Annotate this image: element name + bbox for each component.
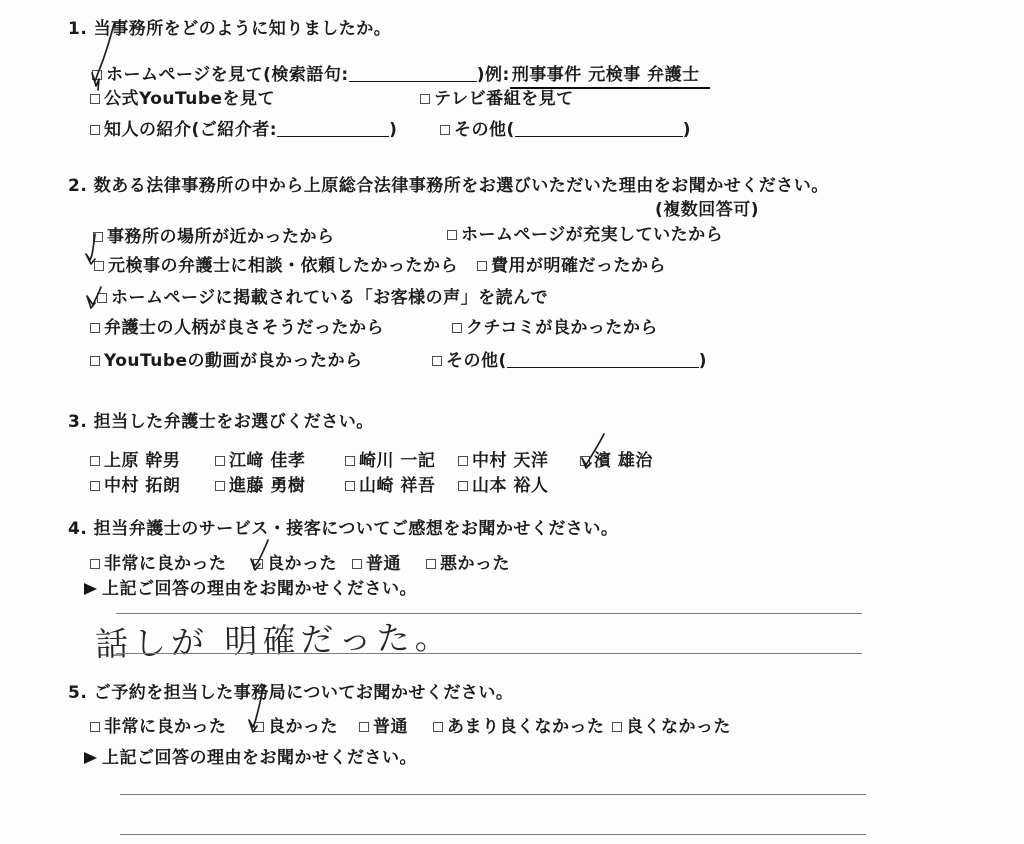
- example-keywords: 刑事事件 元検事 弁護士: [510, 65, 710, 89]
- checkbox-q4-bad[interactable]: [426, 559, 436, 569]
- lawyer-name: 中村 天洋: [472, 451, 548, 471]
- q5-reason-prompt: 上記ご回答の理由をお聞かせください。: [84, 749, 417, 768]
- checkbox-lawyer-shindo[interactable]: [215, 481, 225, 491]
- checkbox-tv-program[interactable]: [420, 94, 430, 104]
- q1-other-blank[interactable]: [515, 123, 683, 137]
- checkbox-q4-average[interactable]: [352, 559, 362, 569]
- checkbox-lawyer-yamamoto[interactable]: [458, 481, 468, 491]
- checkbox-q5-not-so-good[interactable]: [433, 722, 443, 732]
- q1-option-youtube: 公式YouTubeを見て: [90, 90, 275, 109]
- q1-tv-label: テレビ番組を見て: [434, 89, 574, 109]
- q2-option-youtube-videos: YouTubeの動画が良かったから: [90, 352, 363, 371]
- checkbox-homepage-rich[interactable]: [447, 230, 457, 240]
- q1-option-tv: テレビ番組を見て: [420, 90, 574, 109]
- q3-lawyer-sakigawa: 崎川 一記: [345, 452, 435, 471]
- option-label: 普通: [373, 717, 408, 737]
- lawyer-name: 進藤 勇樹: [229, 476, 305, 496]
- checkbox-q5-good[interactable]: [254, 722, 264, 732]
- survey-form: 1. 当事務所をどのように知りましたか。 ホームページを見て(検索語句:)例:刑…: [0, 0, 1024, 844]
- q2-location-label: 事務所の場所が近かったから: [107, 227, 335, 247]
- lawyer-name: 江﨑 佳孝: [229, 451, 305, 471]
- q2-personality-label: 弁護士の人柄が良さそうだったから: [104, 318, 384, 338]
- checkbox-lawyer-sakigawa[interactable]: [345, 456, 355, 466]
- q2-option-homepage-rich: ホームページが充実していたから: [447, 226, 723, 245]
- search-term-blank[interactable]: [349, 68, 477, 82]
- option-label: あまり良くなかった: [447, 717, 605, 737]
- checkbox-referral[interactable]: [90, 125, 100, 135]
- q4-option-excellent: 非常に良かった: [90, 555, 227, 574]
- q2-option-ex-prosecutor: 元検事の弁護士に相談・依頼したかったから: [94, 257, 458, 276]
- q4-option-good: 良かった: [253, 555, 337, 574]
- checkbox-q2-other[interactable]: [432, 356, 442, 366]
- q2-reviews-label: クチコミが良かったから: [466, 318, 658, 338]
- handwritten-answer: 話しが 明確だった。: [95, 611, 453, 665]
- q3-title: 3. 担当した弁護士をお選びください。: [68, 413, 374, 432]
- q1-other-label: その他(: [454, 120, 515, 140]
- checkbox-personality[interactable]: [90, 323, 100, 333]
- checkbox-official-youtube[interactable]: [90, 94, 100, 104]
- q1-homepage-label: ホームページを見て(検索語句:: [106, 65, 349, 85]
- checkbox-youtube-videos[interactable]: [90, 356, 100, 366]
- q3-lawyer-nakamura-ta: 中村 拓朗: [90, 477, 180, 496]
- option-label: 悪かった: [440, 554, 510, 574]
- referrer-name-blank[interactable]: [277, 123, 389, 137]
- q2-clear-fees-label: 費用が明確だったから: [491, 256, 666, 276]
- q5-option-excellent: 非常に良かった: [90, 718, 227, 737]
- q1-homepage-close: )例:: [477, 65, 510, 85]
- q4-reason-prompt: 上記ご回答の理由をお聞かせください。: [84, 580, 417, 599]
- q4-option-bad: 悪かった: [426, 555, 510, 574]
- arrow-icon: [84, 752, 97, 764]
- lawyer-name: 中村 拓朗: [104, 476, 180, 496]
- q1-title: 1. 当事務所をどのように知りましたか。: [68, 20, 391, 39]
- checkbox-clear-fees[interactable]: [477, 261, 487, 271]
- checkbox-homepage[interactable]: [92, 70, 102, 80]
- q2-option-client-voices: ホームページに掲載されている「お客様の声」を読んで: [97, 289, 548, 308]
- q3-lawyer-yamamoto: 山本 裕人: [458, 477, 548, 496]
- checkbox-client-voices[interactable]: [97, 293, 107, 303]
- checkbox-reviews[interactable]: [452, 323, 462, 333]
- checkbox-lawyer-nakamura-takuro[interactable]: [90, 481, 100, 491]
- checkbox-lawyer-yamazaki[interactable]: [345, 481, 355, 491]
- checkbox-lawyer-hama[interactable]: [580, 456, 590, 466]
- q2-client-voices-label: ホームページに掲載されている「お客様の声」を読んで: [111, 288, 548, 308]
- checkbox-q5-excellent[interactable]: [90, 722, 100, 732]
- q1-youtube-label: 公式YouTubeを見て: [104, 89, 275, 109]
- q5-title: 5. ご予約を担当した事務局についてお聞かせください。: [68, 684, 513, 703]
- checkbox-lawyer-ezaki[interactable]: [215, 456, 225, 466]
- q2-youtube-videos-label: YouTubeの動画が良かったから: [104, 351, 363, 371]
- q1-other-close: ): [683, 120, 691, 140]
- q1-referral-close: ): [389, 120, 397, 140]
- option-label: 良かった: [267, 554, 337, 574]
- q2-option-personality: 弁護士の人柄が良さそうだったから: [90, 319, 384, 338]
- q5-option-not-good: 良くなかった: [612, 718, 731, 737]
- lawyer-name: 山崎 祥吾: [359, 476, 435, 496]
- q2-ex-prosecutor-label: 元検事の弁護士に相談・依頼したかったから: [108, 256, 458, 276]
- q2-other-label: その他(: [446, 351, 507, 371]
- q1-option-referral: 知人の紹介(ご紹介者:): [90, 121, 397, 140]
- q5-answer-line-2[interactable]: [120, 834, 866, 835]
- checkbox-lawyer-nakamura-tenyo[interactable]: [458, 456, 468, 466]
- q3-lawyer-nakamura-t: 中村 天洋: [458, 452, 548, 471]
- q5-option-good: 良かった: [254, 718, 338, 737]
- q2-option-location: 事務所の場所が近かったから: [93, 228, 335, 247]
- q5-option-average: 普通: [359, 718, 408, 737]
- option-label: 非常に良かった: [104, 554, 227, 574]
- q4-answer-line-2[interactable]: [116, 653, 862, 654]
- lawyer-name: 崎川 一記: [359, 451, 435, 471]
- q2-other-close: ): [699, 351, 707, 371]
- checkbox-q4-excellent[interactable]: [90, 559, 100, 569]
- q4-option-average: 普通: [352, 555, 401, 574]
- q1-option-other: その他(): [440, 121, 691, 140]
- q2-homepage-rich-label: ホームページが充実していたから: [461, 225, 723, 245]
- option-label: 普通: [366, 554, 401, 574]
- lawyer-name: 山本 裕人: [472, 476, 548, 496]
- q2-option-other: その他(): [432, 352, 707, 371]
- q5-option-not-so-good: あまり良くなかった: [433, 718, 605, 737]
- q4-title: 4. 担当弁護士のサービス・接客についてご感想をお聞かせください。: [68, 520, 618, 539]
- q2-other-blank[interactable]: [507, 354, 699, 368]
- checkbox-q5-average[interactable]: [359, 722, 369, 732]
- q1-referral-label: 知人の紹介(ご紹介者:: [104, 120, 277, 140]
- q3-lawyer-uehara: 上原 幹男: [90, 452, 180, 471]
- q5-answer-line-1[interactable]: [120, 794, 866, 795]
- q3-lawyer-yamazaki: 山崎 祥吾: [345, 477, 435, 496]
- q3-lawyer-ezaki: 江﨑 佳孝: [215, 452, 305, 471]
- q2-title: 2. 数ある法律事務所の中から上原総合法律事務所をお選びいただいた理由をお聞かせ…: [68, 177, 829, 196]
- q2-note: (複数回答可): [655, 201, 759, 220]
- q3-lawyer-shindo: 進藤 勇樹: [215, 477, 305, 496]
- q3-lawyer-hama: 濱 雄治: [580, 452, 653, 471]
- reason-prompt-text: 上記ご回答の理由をお聞かせください。: [102, 579, 417, 599]
- option-label: 非常に良かった: [104, 717, 227, 737]
- checkbox-q4-good[interactable]: [253, 559, 263, 569]
- option-label: 良かった: [268, 717, 338, 737]
- reason-prompt-text: 上記ご回答の理由をお聞かせください。: [102, 748, 417, 768]
- option-label: 良くなかった: [626, 717, 731, 737]
- q1-option-homepage: ホームページを見て(検索語句:)例:刑事事件 元検事 弁護士: [92, 66, 710, 85]
- lawyer-name: 濱 雄治: [594, 451, 653, 471]
- arrow-icon: [84, 583, 97, 595]
- checkbox-office-location[interactable]: [93, 232, 103, 242]
- lawyer-name: 上原 幹男: [104, 451, 180, 471]
- q2-option-clear-fees: 費用が明確だったから: [477, 257, 666, 276]
- checkbox-q5-not-good[interactable]: [612, 722, 622, 732]
- q2-option-reviews: クチコミが良かったから: [452, 319, 658, 338]
- checkbox-q1-other[interactable]: [440, 125, 450, 135]
- checkbox-lawyer-uehara[interactable]: [90, 456, 100, 466]
- checkbox-ex-prosecutor[interactable]: [94, 261, 104, 271]
- q4-answer-line-1[interactable]: [116, 613, 862, 614]
